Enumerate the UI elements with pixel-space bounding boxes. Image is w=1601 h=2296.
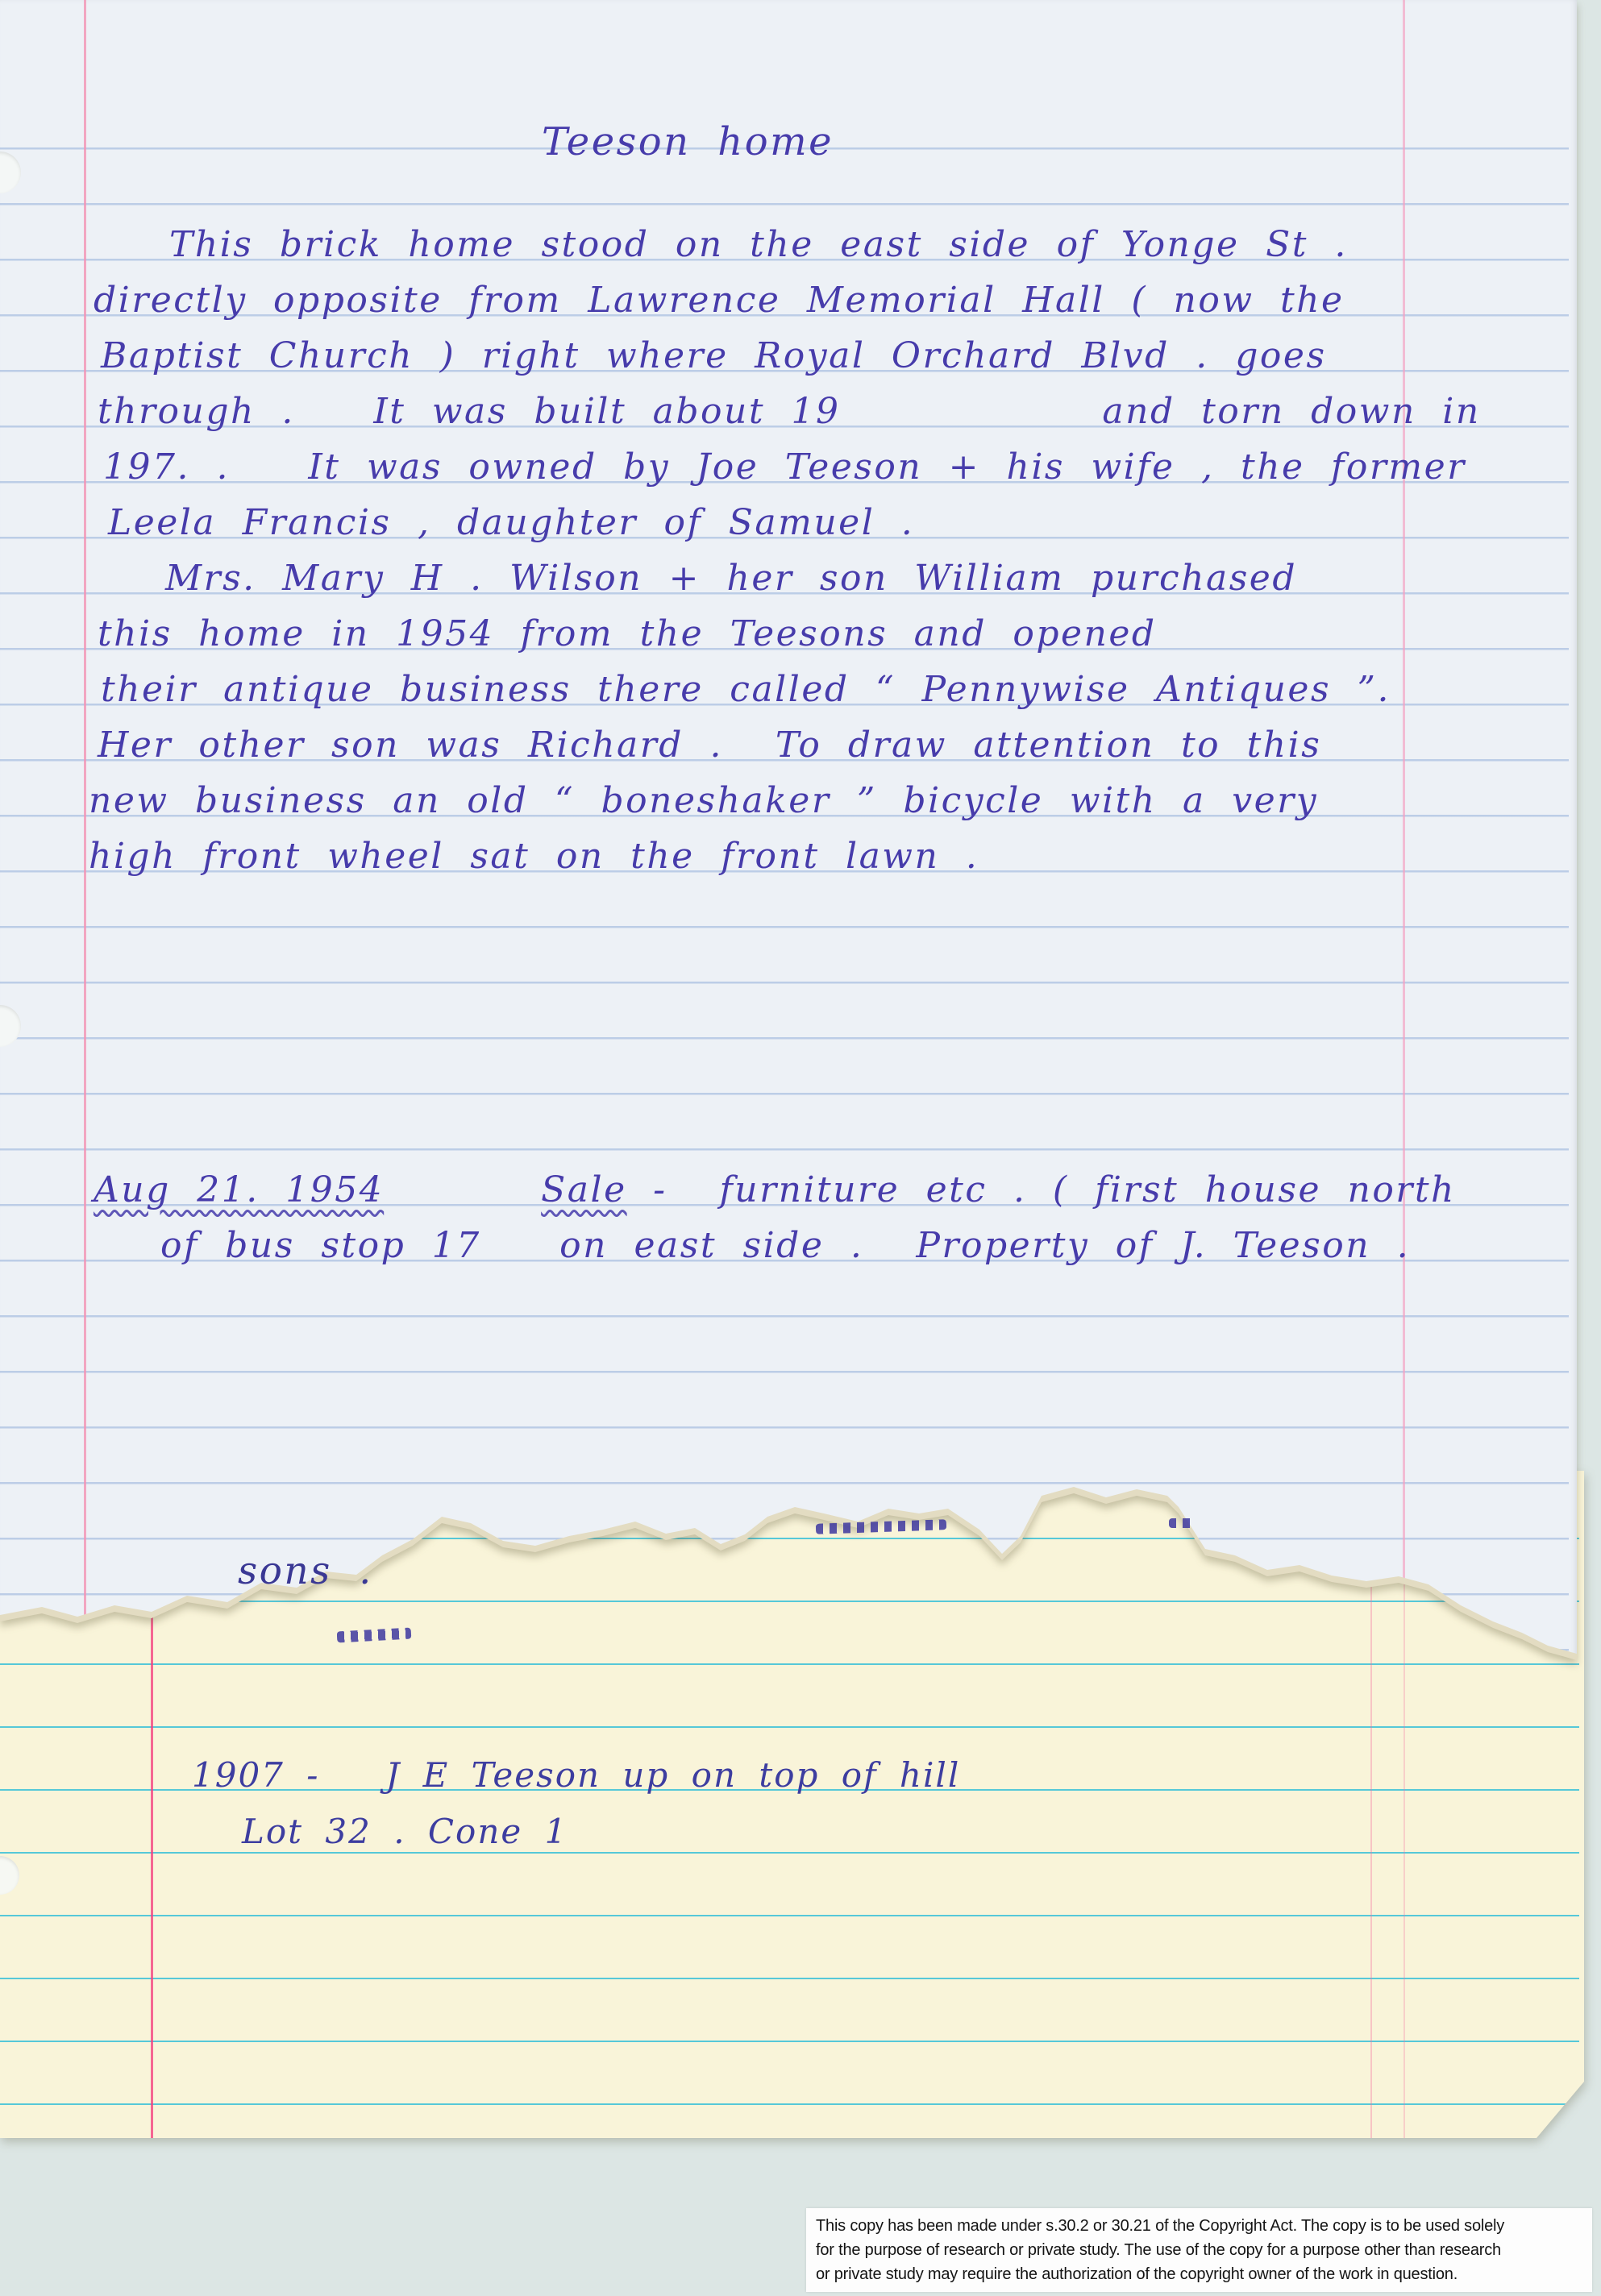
sale-date: Aug 21. 1954 [94,1169,384,1210]
margin-line [1403,0,1405,1657]
handwritten-line: Lot 32 . Cone 1 [242,1812,568,1851]
handwritten-line: 1907 - J E Teeson up on top of hill [192,1755,960,1795]
handwritten-line: 197. . It was owned by Joe Teeson + his … [103,446,1466,488]
handwritten-line: high front wheel sat on the front lawn . [89,836,979,878]
handwritten-line: Leela Francis , daughter of Samuel . [108,502,914,544]
sale-word: Sale [541,1169,627,1210]
margin-line [84,0,86,1657]
handwritten-line: this home in 1954 from the Teesons and o… [98,613,1157,655]
handwritten-line: through . It was built about 19 and torn… [98,391,1481,433]
copyright-text-line: for the purpose of research or private s… [816,2238,1582,2262]
handwritten-line: directly opposite from Lawrence Memorial… [94,280,1345,322]
handwritten-line: Baptist Church ) right where Royal Orcha… [101,335,1327,377]
torn-word: sons . [238,1549,373,1593]
handwritten-line: Mrs. Mary H . Wilson + her son William p… [165,558,1297,600]
handwritten-line: Her other son was Richard . To draw atte… [98,725,1321,766]
copyright-stamp: This copy has been made under s.30.2 or … [806,2208,1592,2292]
handwritten-line: This brick home stood on the east side o… [169,224,1348,266]
scanned-document: Teeson home This brick home stood on the… [0,0,1601,2296]
handwritten-line: their antique business there called “ Pe… [101,669,1391,711]
handwritten-line: Aug 21. 1954 Sale - furniture etc . ( fi… [94,1169,1456,1211]
handwritten-line: of bus stop 17 on east side . Property o… [160,1225,1410,1267]
copyright-text-line: or private study may require the authori… [816,2262,1582,2286]
copyright-text-line: This copy has been made under s.30.2 or … [816,2214,1582,2238]
sale-rest: - furniture etc . ( first house north [627,1169,1456,1210]
note-title: Teeson home [542,121,834,163]
torn-ink-fragment [1169,1518,1193,1528]
handwritten-line: new business an old “ boneshaker ” bicyc… [89,780,1318,822]
